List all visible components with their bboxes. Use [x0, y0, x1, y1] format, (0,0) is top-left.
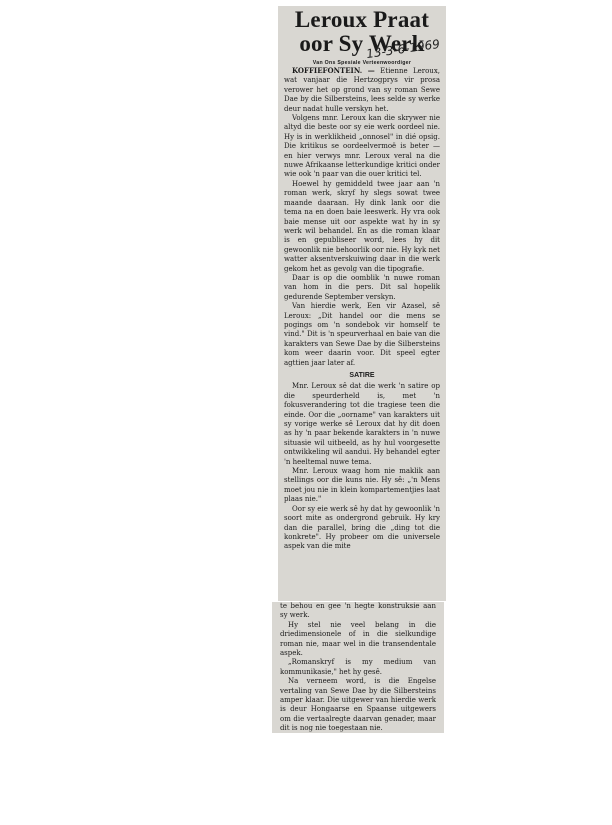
newspaper-clipping-upper: Leroux Praat oor Sy Werk Van Ons Spesial… — [278, 6, 446, 602]
paragraph: Hoewel hy gemiddeld twee jaar aan 'n rom… — [284, 180, 440, 274]
clipping-tear-line — [272, 601, 446, 602]
paragraph: Hy stel nie veel belang in die driedimen… — [280, 621, 436, 659]
paragraph: Na verneem word, is die Engelse vertalin… — [280, 677, 436, 733]
paragraph: Mnr. Leroux sê dat die werk 'n satire op… — [284, 382, 440, 467]
dateline: KOFFIEFONTEIN. — — [292, 66, 375, 75]
paragraph: Volgens mnr. Leroux kan die skrywer nie … — [284, 114, 440, 180]
paragraph: „Romanskryf is my medium van kommunikasi… — [280, 658, 436, 677]
paragraph: Mnr. Leroux waag hom nie maklik aan stel… — [284, 467, 440, 505]
paragraph: Daar is op die oomblik 'n nuwe roman van… — [284, 274, 440, 302]
paragraph-lead: KOFFIEFONTEIN. — Etienne Leroux, wat van… — [284, 66, 440, 114]
paragraph: Van hierdie werk, Een vir Azasel, sê Ler… — [284, 302, 440, 368]
paragraph: Oor sy eie werk sê hy dat hy gewoonlik '… — [284, 505, 440, 552]
paragraph-continuation: te behou en gee 'n hegte konstruksie aan… — [280, 602, 436, 621]
newspaper-clipping-lower: te behou en gee 'n hegte konstruksie aan… — [272, 601, 444, 733]
subheading: SATIRE — [284, 371, 440, 380]
